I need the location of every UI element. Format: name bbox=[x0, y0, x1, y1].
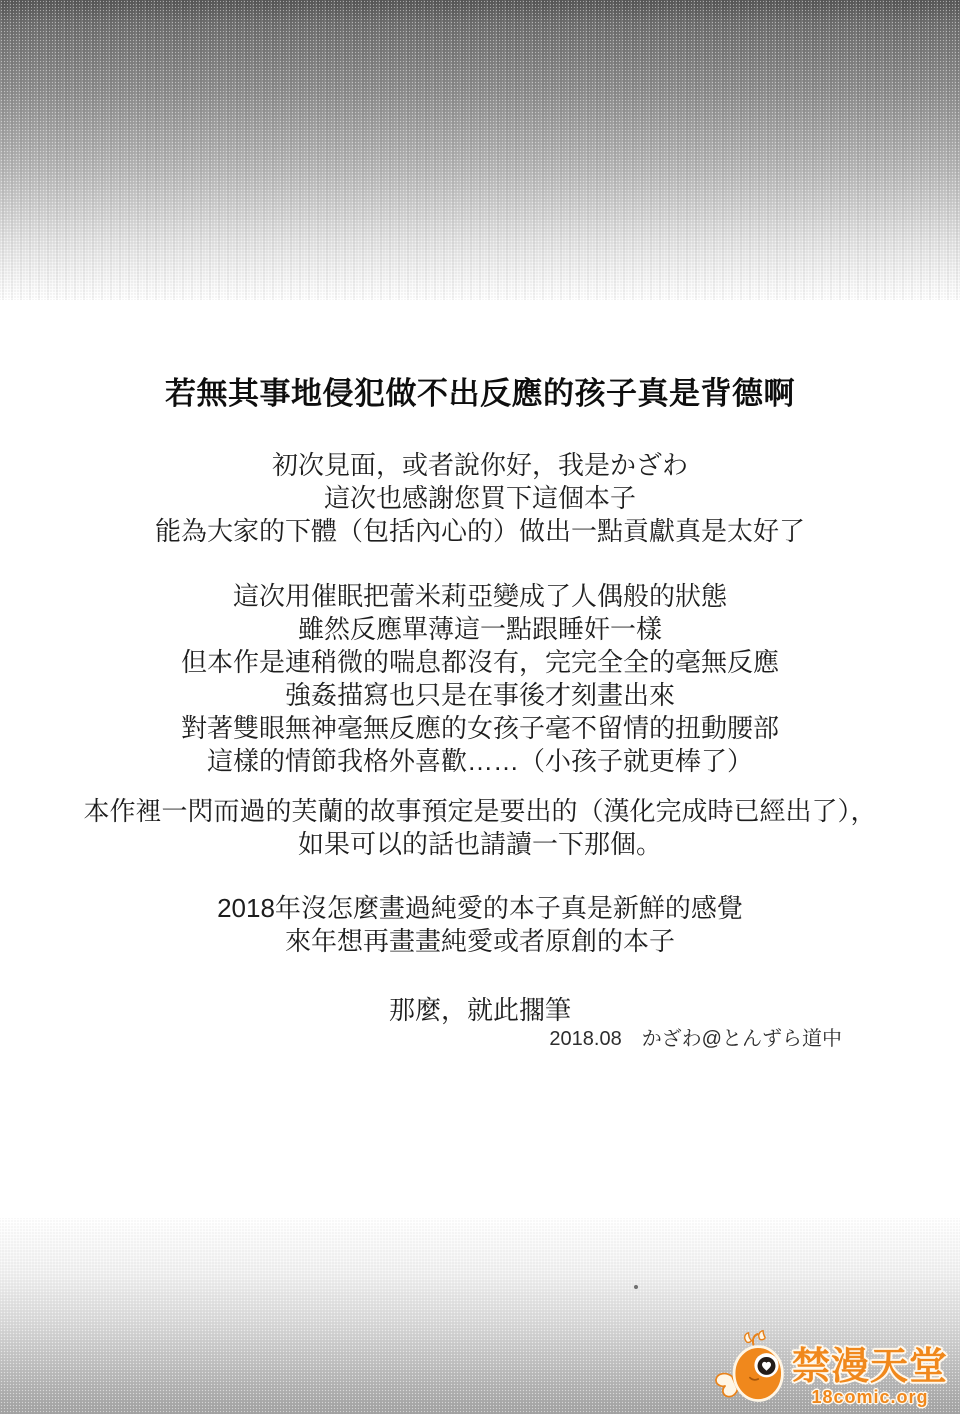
paragraph-line: 本作裡一閃而過的芙蘭的故事預定是要出的（漢化完成時已經出了）， bbox=[0, 795, 960, 828]
scan-speck bbox=[634, 1285, 638, 1289]
paragraph-line: 但本作是連稍微的喘息都沒有，完完全全的毫無反應 bbox=[0, 646, 960, 679]
paragraph-line: 來年想再畫畫純愛或者原創的本子 bbox=[0, 925, 960, 958]
paragraph-line: 對著雙眼無神毫無反應的女孩子毫不留情的扭動腰部 bbox=[0, 712, 960, 745]
page-title: 若無其事地侵犯做不出反應的孩子真是背德啊 bbox=[0, 368, 960, 413]
paragraph-next-work: 本作裡一閃而過的芙蘭的故事預定是要出的（漢化完成時已經出了）， 如果可以的話也請… bbox=[0, 795, 960, 861]
watermark-text: 禁漫天堂 18comic.org bbox=[792, 1348, 948, 1412]
signature-author: かざわ@とんずら道中 bbox=[642, 1028, 842, 1050]
paragraph-line: 這次也感謝您買下這個本子 bbox=[0, 482, 960, 515]
top-gradient-texture bbox=[0, 0, 960, 300]
paragraph-line: 2018年沒怎麼畫過純愛的本子真是新鮮的感覺 bbox=[0, 892, 960, 925]
paragraph-line: 雖然反應單薄這一點跟睡奸一樣 bbox=[0, 613, 960, 646]
signature: 2018.08かざわ@とんずら道中 bbox=[549, 1022, 842, 1051]
paragraph-line: 初次見面，或者說你好，我是かざわ bbox=[0, 449, 960, 482]
paragraph-outlook: 2018年沒怎麼畫過純愛的本子真是新鮮的感覺 來年想再畫畫純愛或者原創的本子 bbox=[0, 892, 960, 958]
paragraph-line: 強姦描寫也只是在事後才刻畫出來 bbox=[0, 679, 960, 712]
paragraph-line: 這次用催眠把蕾米莉亞變成了人偶般的狀態 bbox=[0, 580, 960, 613]
watermark-site-url: 18comic.org bbox=[811, 1387, 928, 1408]
watermark: 禁漫天堂 18comic.org bbox=[714, 1324, 948, 1412]
paragraph-line: 能為大家的下體（包括內心的）做出一點貢獻真是太好了 bbox=[0, 515, 960, 548]
paragraph-line: 如果可以的話也請讀一下那個。 bbox=[0, 828, 960, 861]
paragraph-greeting: 初次見面，或者說你好，我是かざわ 這次也感謝您買下這個本子 能為大家的下體（包括… bbox=[0, 449, 960, 548]
watermark-site-name: 禁漫天堂 bbox=[792, 1348, 948, 1386]
scanned-page: 若無其事地侵犯做不出反應的孩子真是背德啊 初次見面，或者說你好，我是かざわ 這次… bbox=[0, 0, 960, 1414]
whale-mascot-icon bbox=[714, 1324, 790, 1412]
paragraph-line: 這樣的情節我格外喜歡……（小孩子就更棒了） bbox=[0, 745, 960, 778]
paragraph-story-notes: 這次用催眠把蕾米莉亞變成了人偶般的狀態 雖然反應單薄這一點跟睡奸一樣 但本作是連… bbox=[0, 580, 960, 778]
signature-date: 2018.08 bbox=[549, 1028, 621, 1050]
